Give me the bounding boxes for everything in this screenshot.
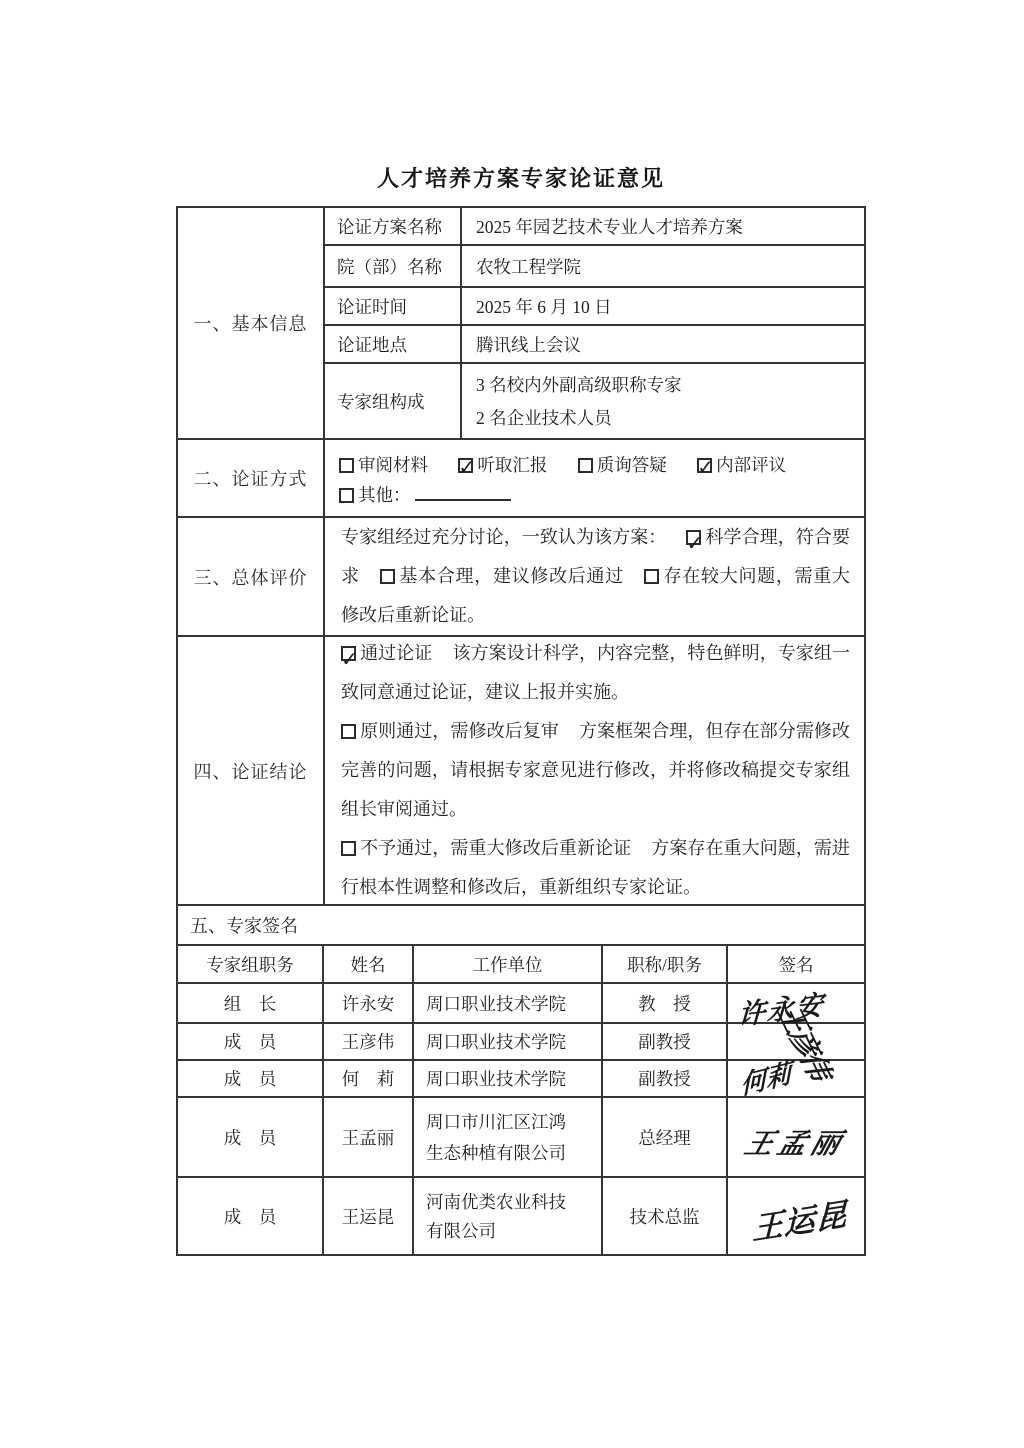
checkbox-basically-reasonable: [380, 569, 395, 584]
expert-unit-line1: 河南优类农业科技: [426, 1189, 566, 1214]
expert-name: 王彦伟: [324, 1024, 414, 1059]
checkbox-review-materials: [339, 458, 354, 473]
field-value: 农牧工程学院: [462, 246, 864, 286]
field-row-review-time: 论证时间 2025 年 6 月 10 日: [325, 288, 864, 326]
checkbox-reject: [341, 841, 356, 856]
expert-role: 成 员: [178, 1178, 324, 1254]
method-option-label: 审阅材料: [358, 455, 428, 475]
field-key: 论证时间: [325, 288, 462, 324]
method-other-label: 其他：: [358, 485, 411, 505]
method-option: 审阅材料: [339, 455, 428, 475]
conclusion-option-title: 通过论证: [360, 643, 432, 663]
expert-title: 技术总监: [603, 1178, 728, 1254]
doc-title: 人才培养方案专家论证意见: [176, 162, 866, 193]
field-value-line1: 3 名校内外副高级职称专家: [476, 372, 682, 397]
field-row-review-place: 论证地点 腾讯线上会议: [325, 326, 864, 364]
expert-unit: 周口职业技术学院: [414, 984, 603, 1022]
field-row-panel-composition: 专家组构成 3 名校内外副高级职称专家 2 名企业技术人员: [325, 364, 864, 438]
expert-title: 教 授: [603, 984, 728, 1022]
method-options-line: 审阅材料 听取汇报 质询答疑 内部评议: [339, 450, 854, 480]
expert-unit-line2: 生态种植有限公司: [426, 1140, 566, 1165]
checkbox-internal-discussion: [697, 458, 712, 473]
conclusion-option-conditional-pass: 原则通过，需修改后复审方案框架合理，但存在部分需修改完善的问题，请根据专家意见进…: [341, 712, 850, 829]
field-key: 专家组构成: [325, 364, 462, 438]
overall-body: 专家组经过充分讨论，一致认为该方案：科学合理，符合要求基本合理，建议修改后通过存…: [325, 518, 864, 635]
expert-signature-cell: 王彦伟: [728, 1024, 864, 1059]
expert-name: 王孟丽: [324, 1098, 414, 1176]
handwritten-signature: 王运昆: [752, 1188, 848, 1249]
expert-title: 副教授: [603, 1061, 728, 1096]
expert-name: 王运昆: [324, 1178, 414, 1254]
field-key: 论证方案名称: [325, 208, 462, 244]
expert-unit-line2: 有限公司: [426, 1218, 496, 1243]
expert-row: 组 长 许永安 周口职业技术学院 教 授 许永安: [178, 984, 864, 1024]
field-value: 2025 年 6 月 10 日: [462, 288, 864, 324]
review-form-table: 一、基本信息 论证方案名称 2025 年园艺技术专业人才培养方案 院（部）名称 …: [176, 206, 866, 1256]
field-key: 院（部）名称: [325, 246, 462, 286]
col-header-name: 姓名: [324, 946, 414, 982]
field-value: 腾讯线上会议: [462, 326, 864, 362]
section-conclusion-label: 四、论证结论: [178, 637, 325, 904]
checkbox-major-problems: [644, 569, 659, 584]
section-signatures-label: 五、专家签名: [178, 906, 864, 946]
expert-unit: 周口职业技术学院: [414, 1061, 603, 1096]
expert-unit-line1: 周口市川汇区江鸿: [426, 1109, 566, 1134]
expert-role: 成 员: [178, 1061, 324, 1096]
expert-row: 成 员 何 莉 周口职业技术学院 副教授 何莉: [178, 1061, 864, 1098]
overall-intro: 专家组经过充分讨论，一致认为该方案：: [341, 527, 666, 547]
col-header-signature: 签名: [728, 946, 864, 982]
expert-signature-cell: 何莉: [728, 1061, 864, 1096]
section-overall-label: 三、总体评价: [178, 518, 325, 635]
method-option: 质询答疑: [578, 455, 667, 475]
conclusion-option-title: 不予通过，需重大修改后重新论证: [360, 838, 631, 858]
expert-unit: 周口市川汇区江鸿 生态种植有限公司: [414, 1098, 603, 1176]
method-option-label: 质询答疑: [597, 455, 667, 475]
method-option-label: 听取汇报: [477, 455, 547, 475]
method-option-label: 内部评议: [716, 455, 786, 475]
field-row-department: 院（部）名称 农牧工程学院: [325, 246, 864, 288]
method-option: 内部评议: [697, 455, 786, 475]
field-value-line2: 2 名企业技术人员: [476, 405, 612, 430]
scanned-document-page: 人才培养方案专家论证意见 一、基本信息 论证方案名称 2025 年园艺技术专业人…: [0, 0, 1024, 1448]
conclusion-option-title: 原则通过，需修改后复审: [360, 721, 559, 741]
expert-title: 副教授: [603, 1024, 728, 1059]
expert-name: 何 莉: [324, 1061, 414, 1096]
section-overall: 三、总体评价 专家组经过充分讨论，一致认为该方案：科学合理，符合要求基本合理，建…: [178, 518, 864, 637]
expert-row: 成 员 王孟丽 周口市川汇区江鸿 生态种植有限公司 总经理 王孟丽: [178, 1098, 864, 1178]
signature-table-header: 专家组职务 姓名 工作单位 职称/职务 签名: [178, 946, 864, 984]
conclusion-option-reject: 不予通过，需重大修改后重新论证方案存在重大问题，需进行根本性调整和修改后，重新组…: [341, 829, 850, 907]
expert-title: 总经理: [603, 1098, 728, 1176]
col-header-role: 专家组职务: [178, 946, 324, 982]
method-options: 审阅材料 听取汇报 质询答疑 内部评议 其他：: [325, 440, 864, 516]
col-header-title: 职称/职务: [603, 946, 728, 982]
expert-signature-cell: 许永安: [728, 984, 864, 1022]
expert-signature-cell: 王运昆: [728, 1178, 864, 1254]
expert-unit: 河南优类农业科技 有限公司: [414, 1178, 603, 1254]
col-header-unit: 工作单位: [414, 946, 603, 982]
expert-row: 成 员 王运昆 河南优类农业科技 有限公司 技术总监 王运昆: [178, 1178, 864, 1254]
conclusion-body: 通过论证该方案设计科学，内容完整，特色鲜明，专家组一致同意通过论证，建议上报并实…: [325, 637, 864, 904]
expert-row: 成 员 王彦伟 周口职业技术学院 副教授 王彦伟: [178, 1024, 864, 1061]
field-key: 论证地点: [325, 326, 462, 362]
overall-option-label: 基本合理，建议修改后通过: [399, 566, 624, 586]
checkbox-pass: [341, 646, 356, 661]
method-option: 听取汇报: [458, 455, 547, 475]
checkbox-listen-report: [458, 458, 473, 473]
expert-role: 组 长: [178, 984, 324, 1022]
section-method-label: 二、论证方式: [178, 440, 325, 516]
method-other-line: 其他：: [339, 480, 854, 510]
checkbox-scientific-reasonable: [686, 530, 701, 545]
field-row-plan-name: 论证方案名称 2025 年园艺技术专业人才培养方案: [325, 208, 864, 246]
field-value: 2025 年园艺技术专业人才培养方案: [462, 208, 864, 244]
checkbox-conditional-pass: [341, 724, 356, 739]
other-blank-line: [415, 486, 511, 501]
expert-unit: 周口职业技术学院: [414, 1024, 603, 1059]
expert-role: 成 员: [178, 1098, 324, 1176]
field-value: 3 名校内外副高级职称专家 2 名企业技术人员: [462, 364, 864, 438]
expert-name: 许永安: [324, 984, 414, 1022]
basic-info-rows: 论证方案名称 2025 年园艺技术专业人才培养方案 院（部）名称 农牧工程学院 …: [325, 208, 864, 438]
section-method: 二、论证方式 审阅材料 听取汇报 质询答疑 内部评议 其他：: [178, 440, 864, 518]
checkbox-other: [339, 488, 354, 503]
section-basic-info-label: 一、基本信息: [178, 208, 325, 438]
checkbox-qa: [578, 458, 593, 473]
expert-role: 成 员: [178, 1024, 324, 1059]
section-conclusion: 四、论证结论 通过论证该方案设计科学，内容完整，特色鲜明，专家组一致同意通过论证…: [178, 637, 864, 906]
handwritten-signature: 王孟丽: [740, 1122, 850, 1162]
conclusion-option-pass: 通过论证该方案设计科学，内容完整，特色鲜明，专家组一致同意通过论证，建议上报并实…: [341, 634, 850, 712]
section-basic-info: 一、基本信息 论证方案名称 2025 年园艺技术专业人才培养方案 院（部）名称 …: [178, 208, 864, 440]
expert-signature-cell: 王孟丽: [728, 1098, 864, 1176]
overall-paragraph: 专家组经过充分讨论，一致认为该方案：科学合理，符合要求基本合理，建议修改后通过存…: [341, 518, 850, 635]
